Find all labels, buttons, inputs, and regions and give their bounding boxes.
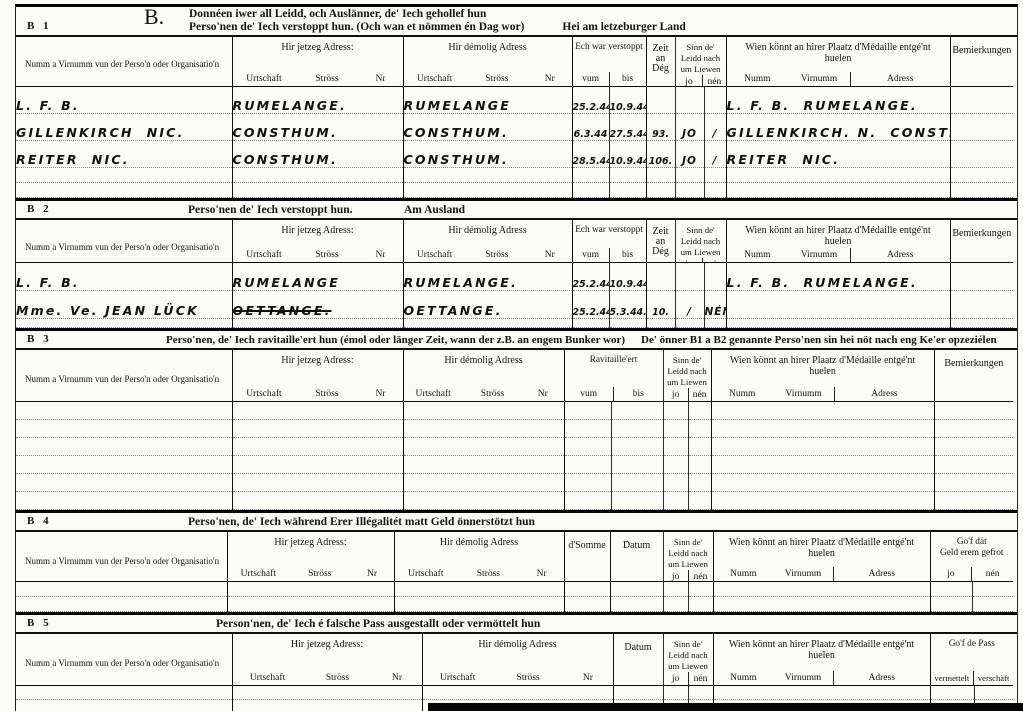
cell-vum: 25.2.44. [572,87,609,114]
cell [16,597,227,612]
div: Sinn de' Leidd nach um Liewenjonén [676,37,726,86]
cell [564,456,611,474]
empty-row [16,438,1013,456]
cell [16,686,232,700]
div: Numm a Virnumm vun der Perso'n oder Orga… [16,59,232,69]
cell [711,474,934,492]
cell [646,183,675,198]
b4-col-demolig: Hir démolig AdressUrtschaftStrössNr [394,532,564,582]
cell-bis: 10.9.44 [609,263,646,291]
cell [403,492,564,510]
cell [663,582,688,597]
div: Hir démolig AdressUrtschaftStrössNr [423,634,613,685]
span: Virnumm [788,248,850,262]
span: Virnumm [773,567,833,581]
span: Ströss [466,72,528,86]
cell [564,492,611,510]
span: Urtschaft [233,387,296,401]
b4-section-label: B 4 [27,515,52,527]
span: Urtschaft [233,72,296,86]
div: Hir démolig Adress [404,355,564,366]
div: Hir démolig AdressUrtschaftStrössNr [404,350,564,401]
b3-title-band: B 3 Perso'nen, de' Iech ravitaille'ert h… [16,331,1017,350]
cell-jo: / [675,291,704,319]
b1-col-bem: Bemierkungen [950,37,1013,87]
span: vermettelt [931,671,974,685]
cell [613,686,663,700]
cell [711,492,934,510]
cell [564,438,611,456]
cell-demolig: CONSTHUM. [403,141,572,168]
tbody: Numm a Virnumm vun der Perso'n oder Orga… [16,532,1013,612]
b3-header-row: Numm a Virnumm vun der Perso'n oder Orga… [16,350,1013,402]
cell [663,597,688,612]
b3-col-bem: Bemierkungen [934,350,1013,402]
cell [232,700,422,711]
b1-section-label: B 1 [27,20,52,32]
div: Hir démolig Adress [404,42,572,53]
span: Ströss [303,671,373,685]
b1-col-jetzeg: Hir jetzeg Adress:UrtschaftStrössNr [232,37,403,87]
cell-wien: L. F. B. RUMELANGE. [726,263,950,291]
cell-wien: GILLENKIRCH. N. CONSTHUM. [726,114,950,141]
b4-col-wien: Wien könnt an hirer Plaatz d'Médaille en… [713,532,930,582]
span: verschäft [973,671,1013,685]
cell [609,168,646,183]
b2-section-label: B 2 [27,203,52,215]
span: jo [664,570,688,582]
b4-header-row: Numm a Virnumm vun der Perso'n oder Orga… [16,532,1013,582]
cell-bemierkungen [950,291,1013,319]
section-b2: B 2 Perso'nen de' Iech verstoppt hun. Am… [16,201,1017,331]
span: Nr [350,567,393,581]
span: Numm [727,72,789,86]
div: UrtschaftStrössNr [404,248,572,262]
b4-col-gof: Go'f dätGeld erem gefrotjonén [930,532,1013,582]
b1-section-title: Donnéen iwer all Leidd, och Auslänner, d… [189,8,686,34]
tbody: Numm a Virnumm vun der Perso'n oder Orga… [16,350,1013,510]
span: Nr [373,671,422,685]
span: Adress [833,671,930,685]
div: jonén [664,672,713,686]
b4-section-title: Perso'nen, de' Iech während Erer Illégal… [188,516,535,528]
cell-vum: 25.2.44 [572,291,609,319]
b2-col-demolig: Hir démolig AdressUrtschaftStrössNr [403,220,572,263]
cell [564,420,611,438]
div: jonén [664,388,711,402]
empty-row [16,686,1013,700]
span: nén [702,258,725,263]
cell [403,402,564,420]
cell [930,686,974,700]
b1-title-right: Hei am letzeburger Land [562,21,685,33]
b1-col-sinn: Sinn de' Leidd nach um Liewenjonén [675,37,726,87]
span: vum [573,248,609,262]
div: UrtschaftStrössNr [404,387,564,401]
b2-col-wien: Wien könnt an hirer Plaatz d'Médaille en… [726,220,950,263]
b5-section-title: Person'nen, de' Iech é falsche Pass ausg… [216,618,540,630]
b3-col-demolig: Hir démolig AdressUrtschaftStrössNr [403,350,564,402]
div: Hir jetzeg Adress: [228,537,394,548]
cell-jo: JO [675,114,704,141]
b5-col-jetzeg: Hir jetzeg Adress:UrtschaftStrössNr [232,634,422,686]
empty-row [16,319,1013,328]
span: Nr [520,567,564,581]
empty-row [16,183,1013,198]
span: Urtschaft [233,671,303,685]
cell-name: GILLENKIRCH NIC. [16,114,232,141]
cell [403,183,572,198]
cell-jetzeg: RUMELANGE. [232,87,403,114]
div: UrtschaftStrössNr [395,567,564,581]
b2-col-verstoppt: Ech war verstopptvumbis [572,220,646,263]
cell-jo [675,87,704,114]
div: Go'f dätGeld erem gefrot [931,537,1014,559]
cell [232,492,403,510]
b4-title-band: B 4 Perso'nen, de' Iech während Erer Ill… [16,513,1017,532]
b1-row-1: L. F. B. RUMELANGE. RUMELANGE 25.2.44. 1… [16,87,1013,114]
cell [572,168,609,183]
cell [403,168,572,183]
cell-zeit: 106. [646,141,675,168]
cell [713,582,930,597]
span: Adress [850,248,950,262]
b4-col-jetzeg: Hir jetzeg Adress:UrtschaftStrössNr [227,532,394,582]
cell-zeit [646,87,675,114]
b5-col-demolig: Hir démolig AdressUrtschaftStrössNr [422,634,613,686]
cell-wien: L. F. B. RUMELANGE. [726,87,950,114]
div: Hir démolig Adress [404,225,572,236]
cell-wien: REITER NIC. [726,141,950,168]
cell-nen: / [704,114,726,141]
cell [688,402,711,420]
div: Numm a Virnumm vun der Perso'n oder Orga… [16,658,232,668]
span: Nr [358,248,402,262]
tbody: Numm a Virnumm vun der Perso'n oder Orga… [16,634,1013,711]
b2-title-right: Am Ausland [404,204,465,216]
cell [232,402,403,420]
div: UrtschaftStrössNr [233,387,403,401]
cell-vum: 6.3.44 [572,114,609,141]
cell [16,700,232,711]
div: Ech war verstopptvumbis [573,220,646,262]
span: Ströss [289,567,350,581]
empty-row [16,474,1013,492]
b1-title-line2: Perso'nen de' Iech verstoppt hun. (Och w… [189,21,686,34]
div: Sinn de' Leidd nach um Liewen [664,355,711,388]
span: Urtschaft [404,248,466,262]
cell-vum: 28.5.44 [572,141,609,168]
b2-col-bem: Bemierkungen [950,220,1013,263]
div: Sinn de' Leidd nach um Liewenjonén [664,532,713,581]
cell [688,597,713,612]
b2-col-sinn: Sinn de' Leidd nach um Liewenjonén [675,220,726,263]
cell [930,582,972,597]
div: Hir jetzeg Adress: [233,225,403,236]
span: Virnumm [788,72,850,86]
div: Wien könnt an hirer Plaatz d'Médaille en… [714,532,930,581]
b4-gof-line1: Go'f dät [957,537,987,547]
span: Urtschaft [233,248,296,262]
div: Wien könnt an hirer Plaatz d'Médaille en… [727,37,950,86]
b3-col-jetzeg: Hir jetzeg Adress:UrtschaftStrössNr [232,350,403,402]
span: Urtschaft [404,72,466,86]
cell [564,402,611,420]
div: Sinn de' Leidd nach um Liewen [664,537,713,570]
b2-row-2: Mme. Ve. JEAN LÜCK OETTANGE. OETTANGE. 2… [16,291,1013,319]
span: Nr [358,387,402,401]
div: Wien könnt an hirer Plaatz d'Médaille en… [712,350,934,401]
cell [232,438,403,456]
div: Hir jetzeg Adress:UrtschaftStrössNr [228,532,394,581]
span: nén [688,388,711,402]
cell [609,183,646,198]
div: jonén [676,258,726,263]
b5-table: Numm a Virnumm vun der Perso'n oder Orga… [16,634,1013,711]
cell [972,582,1013,597]
cell [704,319,726,328]
span: Ströss [457,567,520,581]
cell [232,474,403,492]
div: Wien könnt an hirer Plaatz d'Médaille en… [714,634,930,685]
b2-header-row: Numm a Virnumm vun der Perso'n oder Orga… [16,220,1013,263]
cell-bemierkungen [950,87,1013,114]
span: Ströss [493,671,563,685]
cell [688,582,713,597]
tbody: Numm a Virnumm vun der Perso'n oder Orga… [16,37,1013,198]
div: NummVirnummAdress [727,72,950,86]
span: nén [971,567,1013,581]
b4-col-somme: d'Somme [564,532,610,582]
cell-jetzeg: RUMELANGE [232,263,403,291]
div: Hir jetzeg Adress:UrtschaftStrössNr [233,220,403,262]
empty-row [16,168,1013,183]
cell [663,492,688,510]
span: Numm [727,248,789,262]
cell [934,438,1013,456]
span: Nr [522,387,563,401]
b3-table: Numm a Virnumm vun der Perso'n oder Orga… [16,350,1013,510]
cell [611,420,663,438]
cell [934,474,1013,492]
cell [611,402,663,420]
span: Urtschaft [395,567,458,581]
div: Wien könnt an hirer Plaatz d'Médaille en… [727,220,950,262]
b5-title-band: B 5 Person'nen, de' Iech é falsche Pass … [16,615,1017,634]
cell [232,420,403,438]
cell [726,183,950,198]
cell-demolig: CONSTHUM. [403,114,572,141]
b4-col-sinn: Sinn de' Leidd nach um Liewenjonén [663,532,713,582]
b4-col-datum: Datum [610,532,663,582]
b5-col-sinn: Sinn de' Leidd nach um Liewenjonén [663,634,713,686]
section-b3: B 3 Perso'nen, de' Iech ravitaille'ert h… [16,331,1017,513]
b1-row-3: REITER NIC. CONSTHUM. CONSTHUM. 28.5.44 … [16,141,1013,168]
span: Numm [714,671,774,685]
span: nén [702,75,725,87]
cell [16,319,232,328]
cell [564,474,611,492]
cell [16,402,232,420]
scanned-form-page: B 1 B. Donnéen iwer all Leidd, och Auslä… [0,0,1023,711]
div: UrtschaftStrössNr [404,72,572,86]
cell [403,319,572,328]
span: Urtschaft [423,671,493,685]
cell-nen [704,87,726,114]
cell [934,456,1013,474]
cell [610,582,663,597]
span: Ströss [295,248,358,262]
cell [711,402,934,420]
cell-name: L. F. B. [16,263,232,291]
cell [713,597,930,612]
empty-row [16,420,1013,438]
cell-zeit: 93. [646,114,675,141]
cell [950,183,1013,198]
cell [934,402,1013,420]
cell [403,420,564,438]
cell [675,183,704,198]
div: Numm a Virnumm vun der Perso'n oder Orga… [16,242,232,252]
b2-col-jetzeg: Hir jetzeg Adress:UrtschaftStrössNr [232,220,403,263]
cell [663,402,688,420]
cell [688,420,711,438]
span: Urtschaft [404,387,463,401]
div: Hir jetzeg Adress:UrtschaftStrössNr [233,634,422,685]
span: Adress [833,567,930,581]
tbody: Numm a Virnumm vun der Perso'n oder Orga… [16,220,1013,328]
cell-bemierkungen [950,263,1013,291]
b1-col-name: Numm a Virnumm vun der Perso'n oder Orga… [16,37,232,87]
span: Urtschaft [228,567,289,581]
section-b5: B 5 Person'nen, de' Iech é falsche Pass … [16,615,1017,711]
b1-col-verstoppt: Ech war verstopptvumbis [572,37,646,87]
span: Ströss [295,387,358,401]
cell [564,597,610,612]
cell [688,492,711,510]
cell [950,168,1013,183]
div: Sinn de' Leidd nach um Liewen [664,639,713,672]
div: Hir démolig Adress [395,537,564,548]
span: jo [664,672,688,686]
span: Ströss [463,387,522,401]
div: jonén [931,567,1014,581]
cell [232,183,403,198]
b3-col-ravitailleert: Ravitaille'ertvumbis [564,350,663,402]
section-b4: B 4 Perso'nen, de' Iech während Erer Ill… [16,513,1017,615]
cell-nen [704,263,726,291]
div: Hir démolig Adress [423,639,613,650]
div: Hir jetzeg Adress: [233,639,422,650]
cell [711,420,934,438]
empty-row [16,582,1013,597]
cell-zeit [646,263,675,291]
cell [16,420,232,438]
div: Wien könnt an hirer Plaatz d'Médaille en… [727,225,950,247]
b4-col-name: Numm a Virnumm vun der Perso'n oder Orga… [16,532,227,582]
div: UrtschaftStrössNr [233,248,403,262]
div: UrtschaftStrössNr [233,671,422,685]
cell-name: Mme. Ve. JEAN LÜCK [16,291,232,319]
div: vermetteltverschäft [931,671,1014,685]
cell [934,420,1013,438]
cell [663,420,688,438]
cell [675,319,704,328]
cell-jo: JO [675,141,704,168]
cell [711,438,934,456]
cell [16,183,232,198]
cell [675,168,704,183]
cell [663,686,688,700]
b4-gof-line2: Geld erem gefrot [940,548,1004,558]
b3-col-sinn: Sinn de' Leidd nach um Liewenjonén [663,350,711,402]
span: Nr [563,671,612,685]
span: Adress [850,72,950,86]
div: Hir démolig AdressUrtschaftStrössNr [404,220,572,262]
b1-title-band: B 1 B. Donnéen iwer all Leidd, och Auslä… [16,7,1017,37]
cell [646,168,675,183]
div: Go'f dätGeld erem gefrotjonén [931,532,1014,581]
span: Ströss [466,248,528,262]
cell [403,438,564,456]
cell-name: REITER NIC. [16,141,232,168]
b5-col-name: Numm a Virnumm vun der Perso'n oder Orga… [16,634,232,686]
cell-bis: 27.5.44 [609,114,646,141]
cell [227,582,394,597]
cell-bis: 10.9.44 [609,87,646,114]
cell [16,582,227,597]
b1-title-line2-text: Perso'nen de' Iech verstoppt hun. (Och w… [189,21,524,33]
cell-jetzeg: CONSTHUM. [232,114,403,141]
div: Go'f de Pass [931,639,1014,650]
cell [972,597,1013,612]
b2-col-name: Numm a Virnumm vun der Perso'n oder Orga… [16,220,232,263]
b3-title-main: Perso'nen, de' Iech ravitaille'ert hun (… [166,334,625,346]
b1-section-letter: B. [144,4,164,30]
div: vumbis [573,248,646,262]
cell [232,686,422,700]
span: Nr [528,248,572,262]
cell [713,686,930,700]
div: Numm a Virnumm vun der Perso'n oder Orga… [16,374,232,384]
div: Ech war verstoppt [573,42,646,53]
cell [611,492,663,510]
b3-title-note: De' önner B1 a B2 genannte Perso'nen sin… [641,334,997,346]
cell-demolig: OETTANGE. [403,291,572,319]
b1-col-zeit: Zeit an Dég [646,37,675,87]
b5-col-datum: Datum [613,634,663,686]
div: Hir jetzeg Adress:UrtschaftStrössNr [233,37,403,86]
span: jo [931,567,972,581]
span: Nr [358,72,402,86]
span: bis [609,72,646,86]
div: Sinn de' Leidd nach um Liewenjonén [664,350,711,401]
div: Hir jetzeg Adress:UrtschaftStrössNr [233,350,403,401]
cell [611,456,663,474]
div: Sinn de' Leidd nach um Liewenjonén [664,634,713,685]
span: bis [613,387,663,401]
cell [572,319,609,328]
b3-section-label: B 3 [27,333,52,345]
cell [232,319,403,328]
empty-row [16,456,1013,474]
cell [950,319,1013,328]
div: Ravitaille'ertvumbis [565,350,663,401]
cell [646,319,675,328]
form-b-sheet: B 1 B. Donnéen iwer all Leidd, och Auslä… [15,4,1018,711]
div: NummVirnummAdress [727,248,950,262]
cell-zeit: 10. [646,291,675,319]
